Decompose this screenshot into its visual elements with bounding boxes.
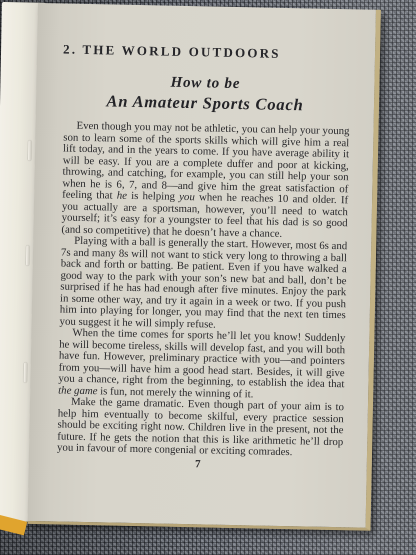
- binding-stitch: [24, 362, 27, 382]
- paragraph: Make the game dramatic. Even though part…: [57, 396, 344, 459]
- paragraph: Playing with a ball is generally the sta…: [59, 236, 347, 334]
- binding-stitch: [28, 141, 31, 161]
- paragraph: Even though you may not be athletic, you…: [61, 121, 349, 242]
- paragraph: When the time comes for sports he’ll let…: [58, 327, 345, 402]
- italic-emphasis: you: [179, 191, 195, 203]
- body-paragraphs: Even though you may not be athletic, you…: [57, 121, 350, 460]
- chapter-heading: 2. THE WORLD OUTDOORS: [63, 42, 375, 64]
- photo-scene: 2. THE WORLD OUTDOORS How to be An Amate…: [0, 0, 416, 555]
- italic-emphasis: he: [117, 190, 127, 202]
- italic-emphasis: the game: [58, 384, 98, 397]
- binding-stitch: [26, 246, 29, 266]
- book-page: 2. THE WORLD OUTDOORS How to be An Amate…: [28, 3, 381, 531]
